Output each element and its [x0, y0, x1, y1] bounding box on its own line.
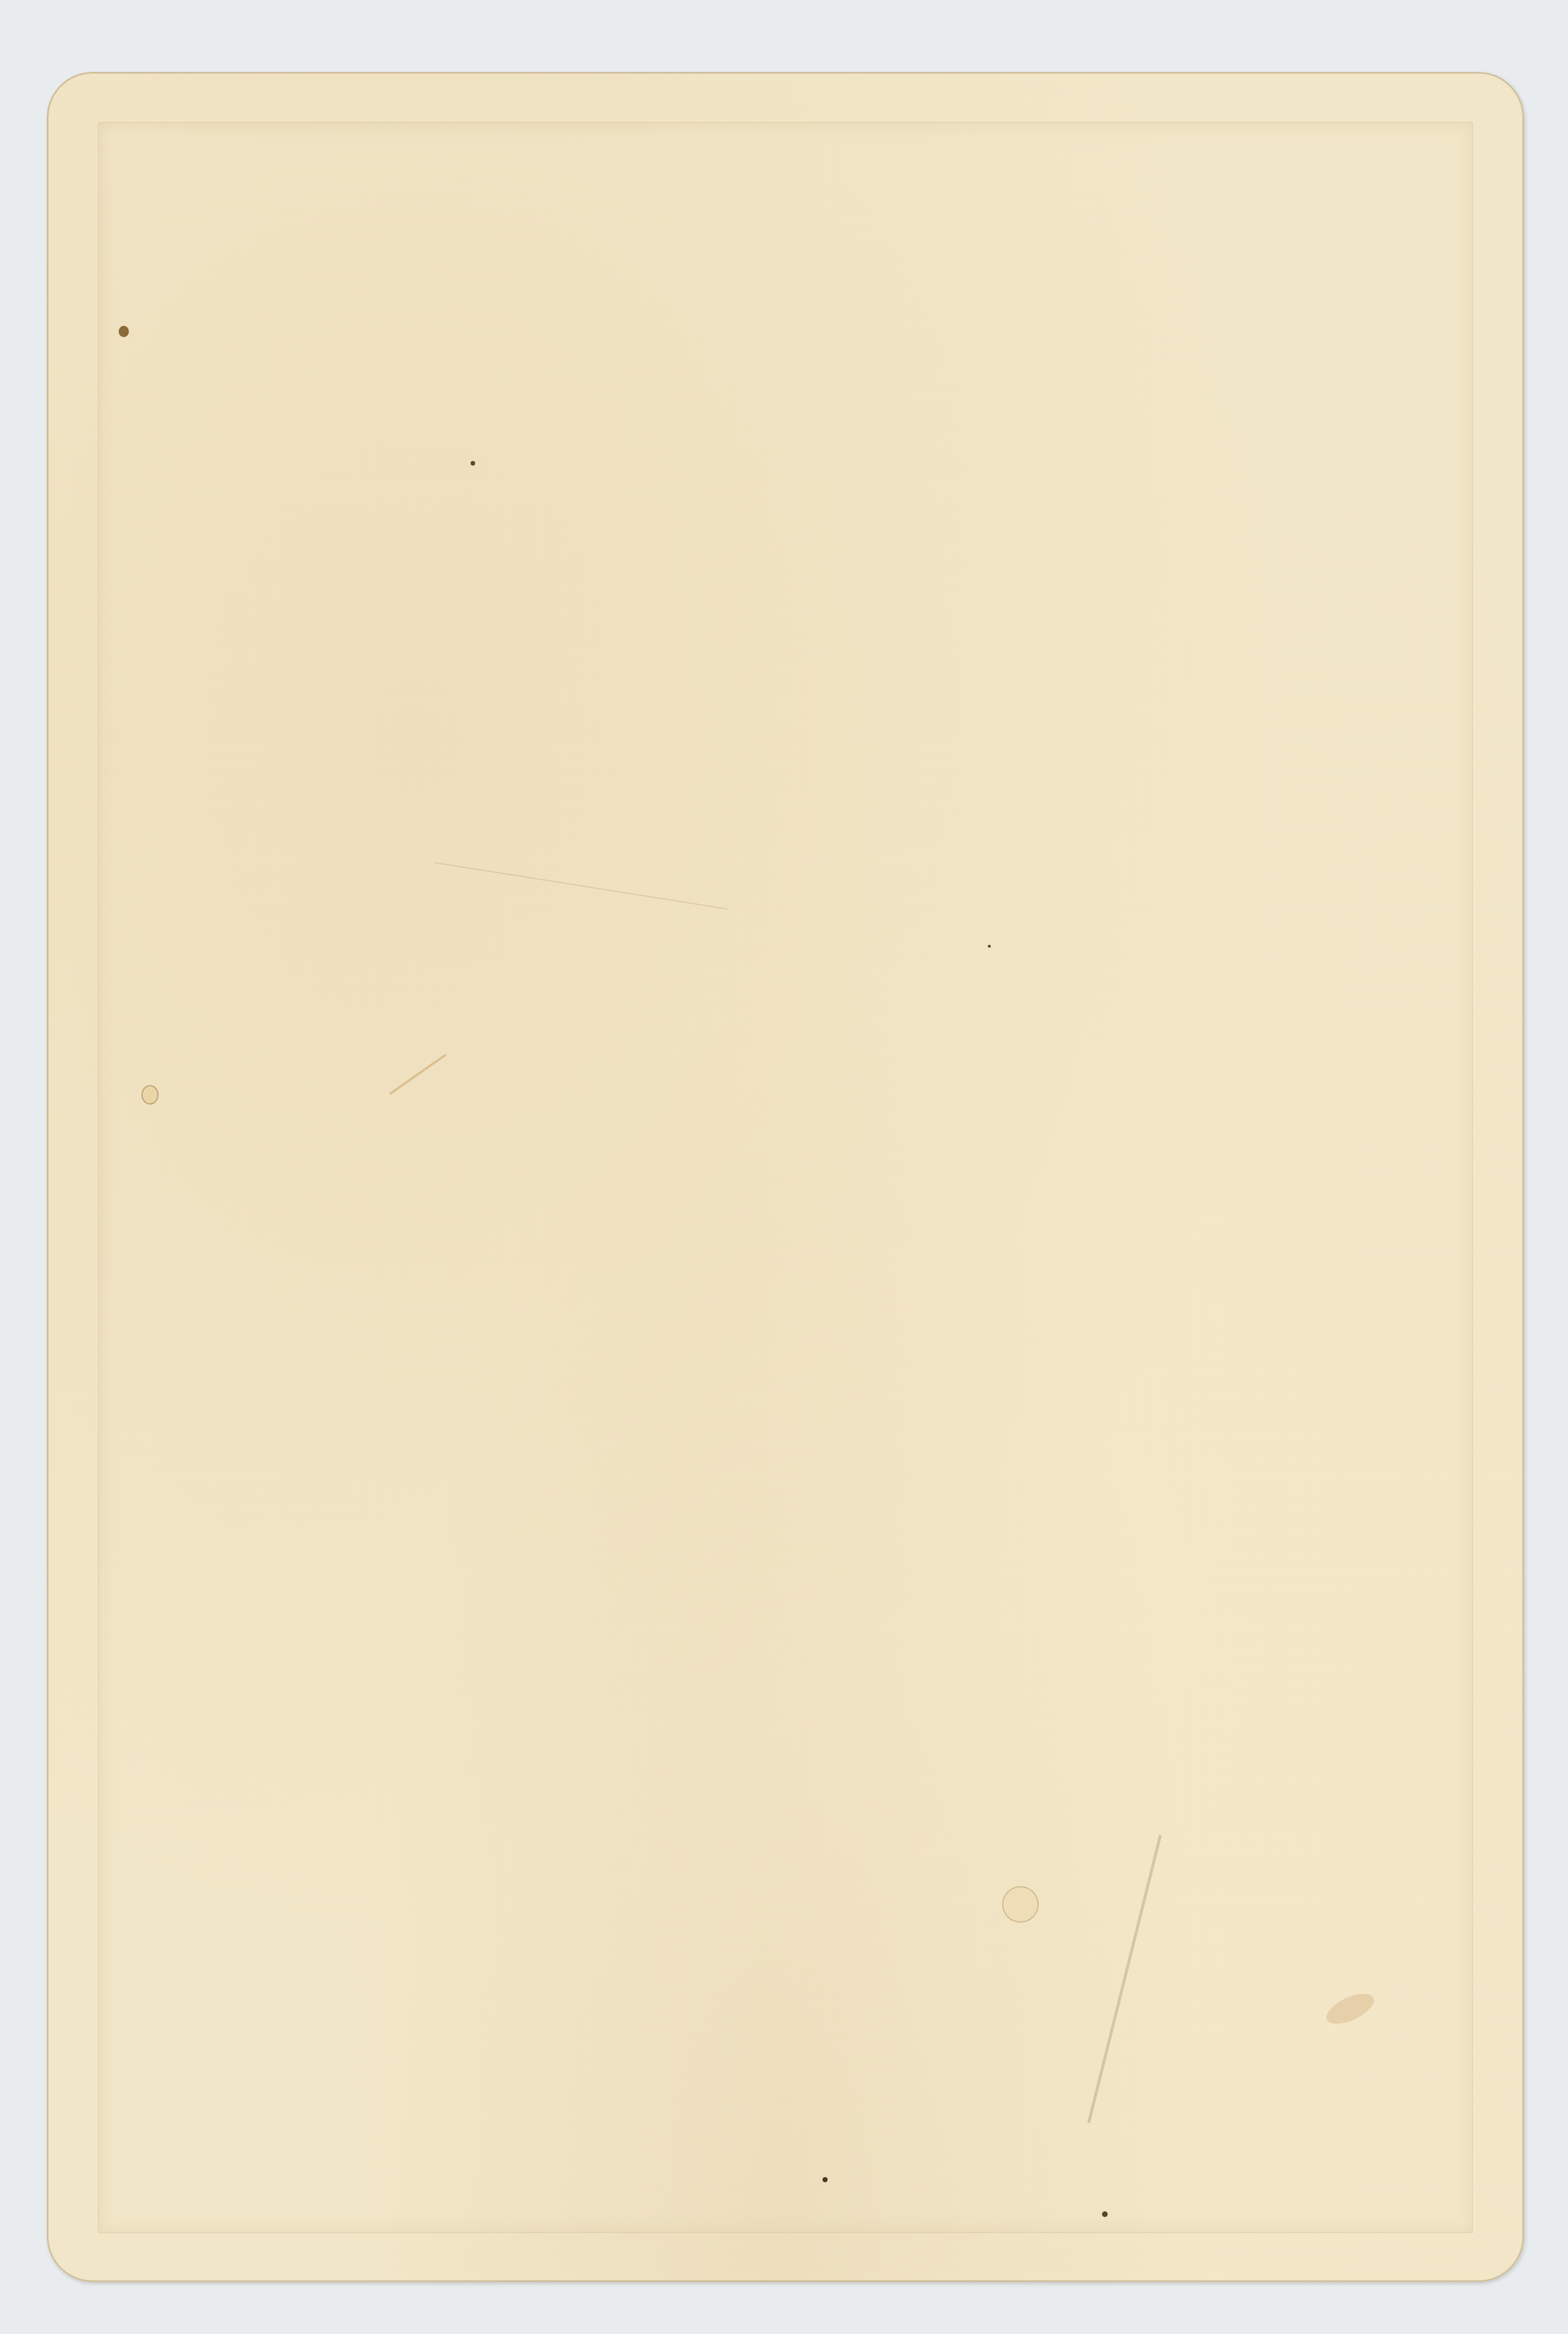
- stain-spot: [823, 2177, 828, 2182]
- stain-spot: [141, 1085, 159, 1105]
- stain-spot: [119, 326, 129, 337]
- cabinet-card-back: [47, 72, 1524, 2282]
- stain-spot: [1002, 1886, 1039, 1923]
- stain-spot: [988, 945, 991, 948]
- card-bevel-border: [98, 122, 1473, 2233]
- stain-spot: [471, 461, 475, 466]
- stain-spot: [1102, 2211, 1108, 2217]
